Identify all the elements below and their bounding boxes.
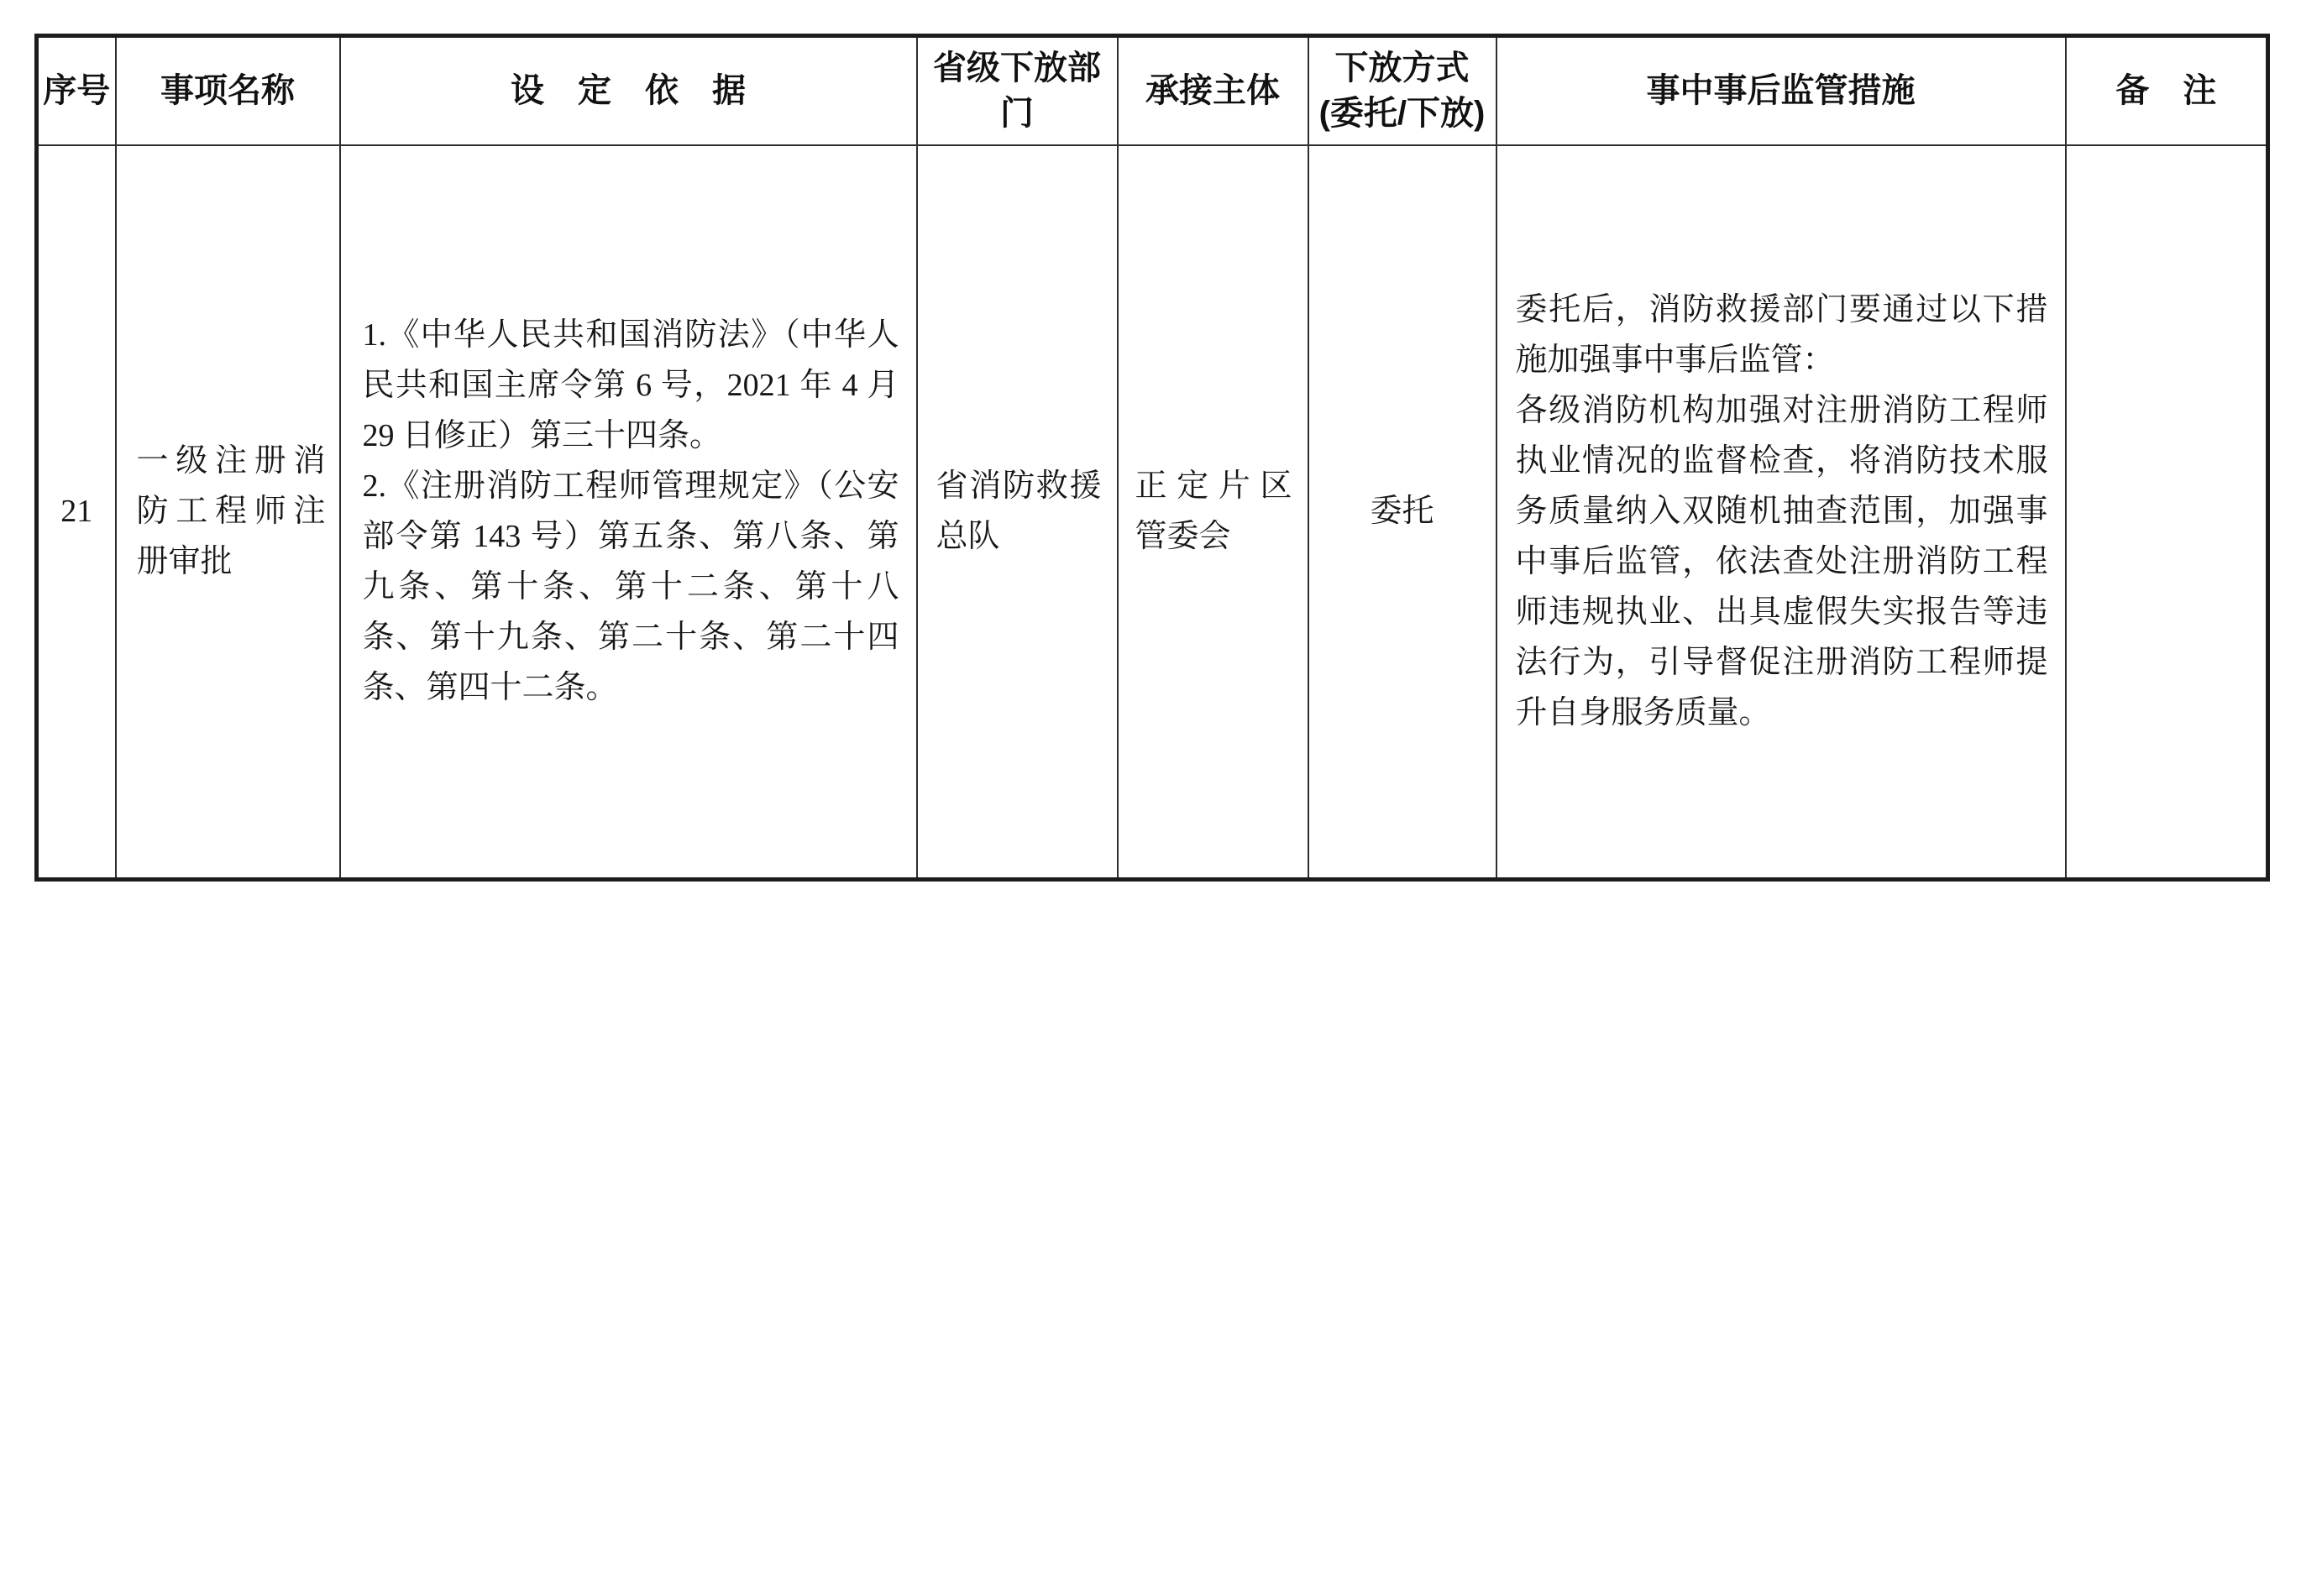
- legal-basis-text: 1.《中华人民共和国消防法》（中华人民共和国主席令第 6 号，2021 年 4 …: [363, 310, 899, 713]
- cell-delegation-method: 委托: [1308, 145, 1496, 880]
- table-row: 21 一级注册消防工程师注册审批 1.《中华人民共和国消防法》（中华人民共和国主…: [37, 145, 2268, 880]
- header-provincial-department: 省级下放部门: [917, 36, 1118, 145]
- cell-provincial-department: 省消防救援总队: [917, 145, 1118, 880]
- header-undertaking-entity: 承接主体: [1118, 36, 1308, 145]
- cell-item-name: 一级注册消防工程师注册审批: [116, 145, 340, 880]
- undertaking-entity-text: 正定片区管委会: [1135, 461, 1292, 562]
- header-supervision-measures: 事中事后监管措施: [1496, 36, 2066, 145]
- header-delegation-method: 下放方式 (委托/下放): [1308, 36, 1496, 145]
- cell-seq-number: 21: [37, 145, 116, 880]
- supervision-measures-text: 委托后，消防救援部门要通过以下措施加强事中事后监管： 各级消防机构加强对注册消防…: [1516, 285, 2048, 738]
- header-legal-basis: 设 定 依 据: [340, 36, 917, 145]
- document-page: 序号 事项名称 设 定 依 据 省级下放部门 承接主体 下放方式 (委托/下放)…: [0, 0, 2301, 1596]
- provincial-department-text: 省消防救援总队: [936, 461, 1102, 562]
- header-item-name: 事项名称: [116, 36, 340, 145]
- header-seq-number: 序号: [37, 36, 116, 145]
- cell-undertaking-entity: 正定片区管委会: [1118, 145, 1308, 880]
- cell-remarks: [2066, 145, 2268, 880]
- item-name-text: 一级注册消防工程师注册审批: [137, 436, 326, 587]
- delegation-items-table: 序号 事项名称 设 定 依 据 省级下放部门 承接主体 下放方式 (委托/下放)…: [34, 34, 2270, 882]
- cell-supervision-measures: 委托后，消防救援部门要通过以下措施加强事中事后监管： 各级消防机构加强对注册消防…: [1496, 145, 2066, 880]
- table-header-row: 序号 事项名称 设 定 依 据 省级下放部门 承接主体 下放方式 (委托/下放)…: [37, 36, 2268, 145]
- cell-legal-basis: 1.《中华人民共和国消防法》（中华人民共和国主席令第 6 号，2021 年 4 …: [340, 145, 917, 880]
- header-remarks: 备 注: [2066, 36, 2268, 145]
